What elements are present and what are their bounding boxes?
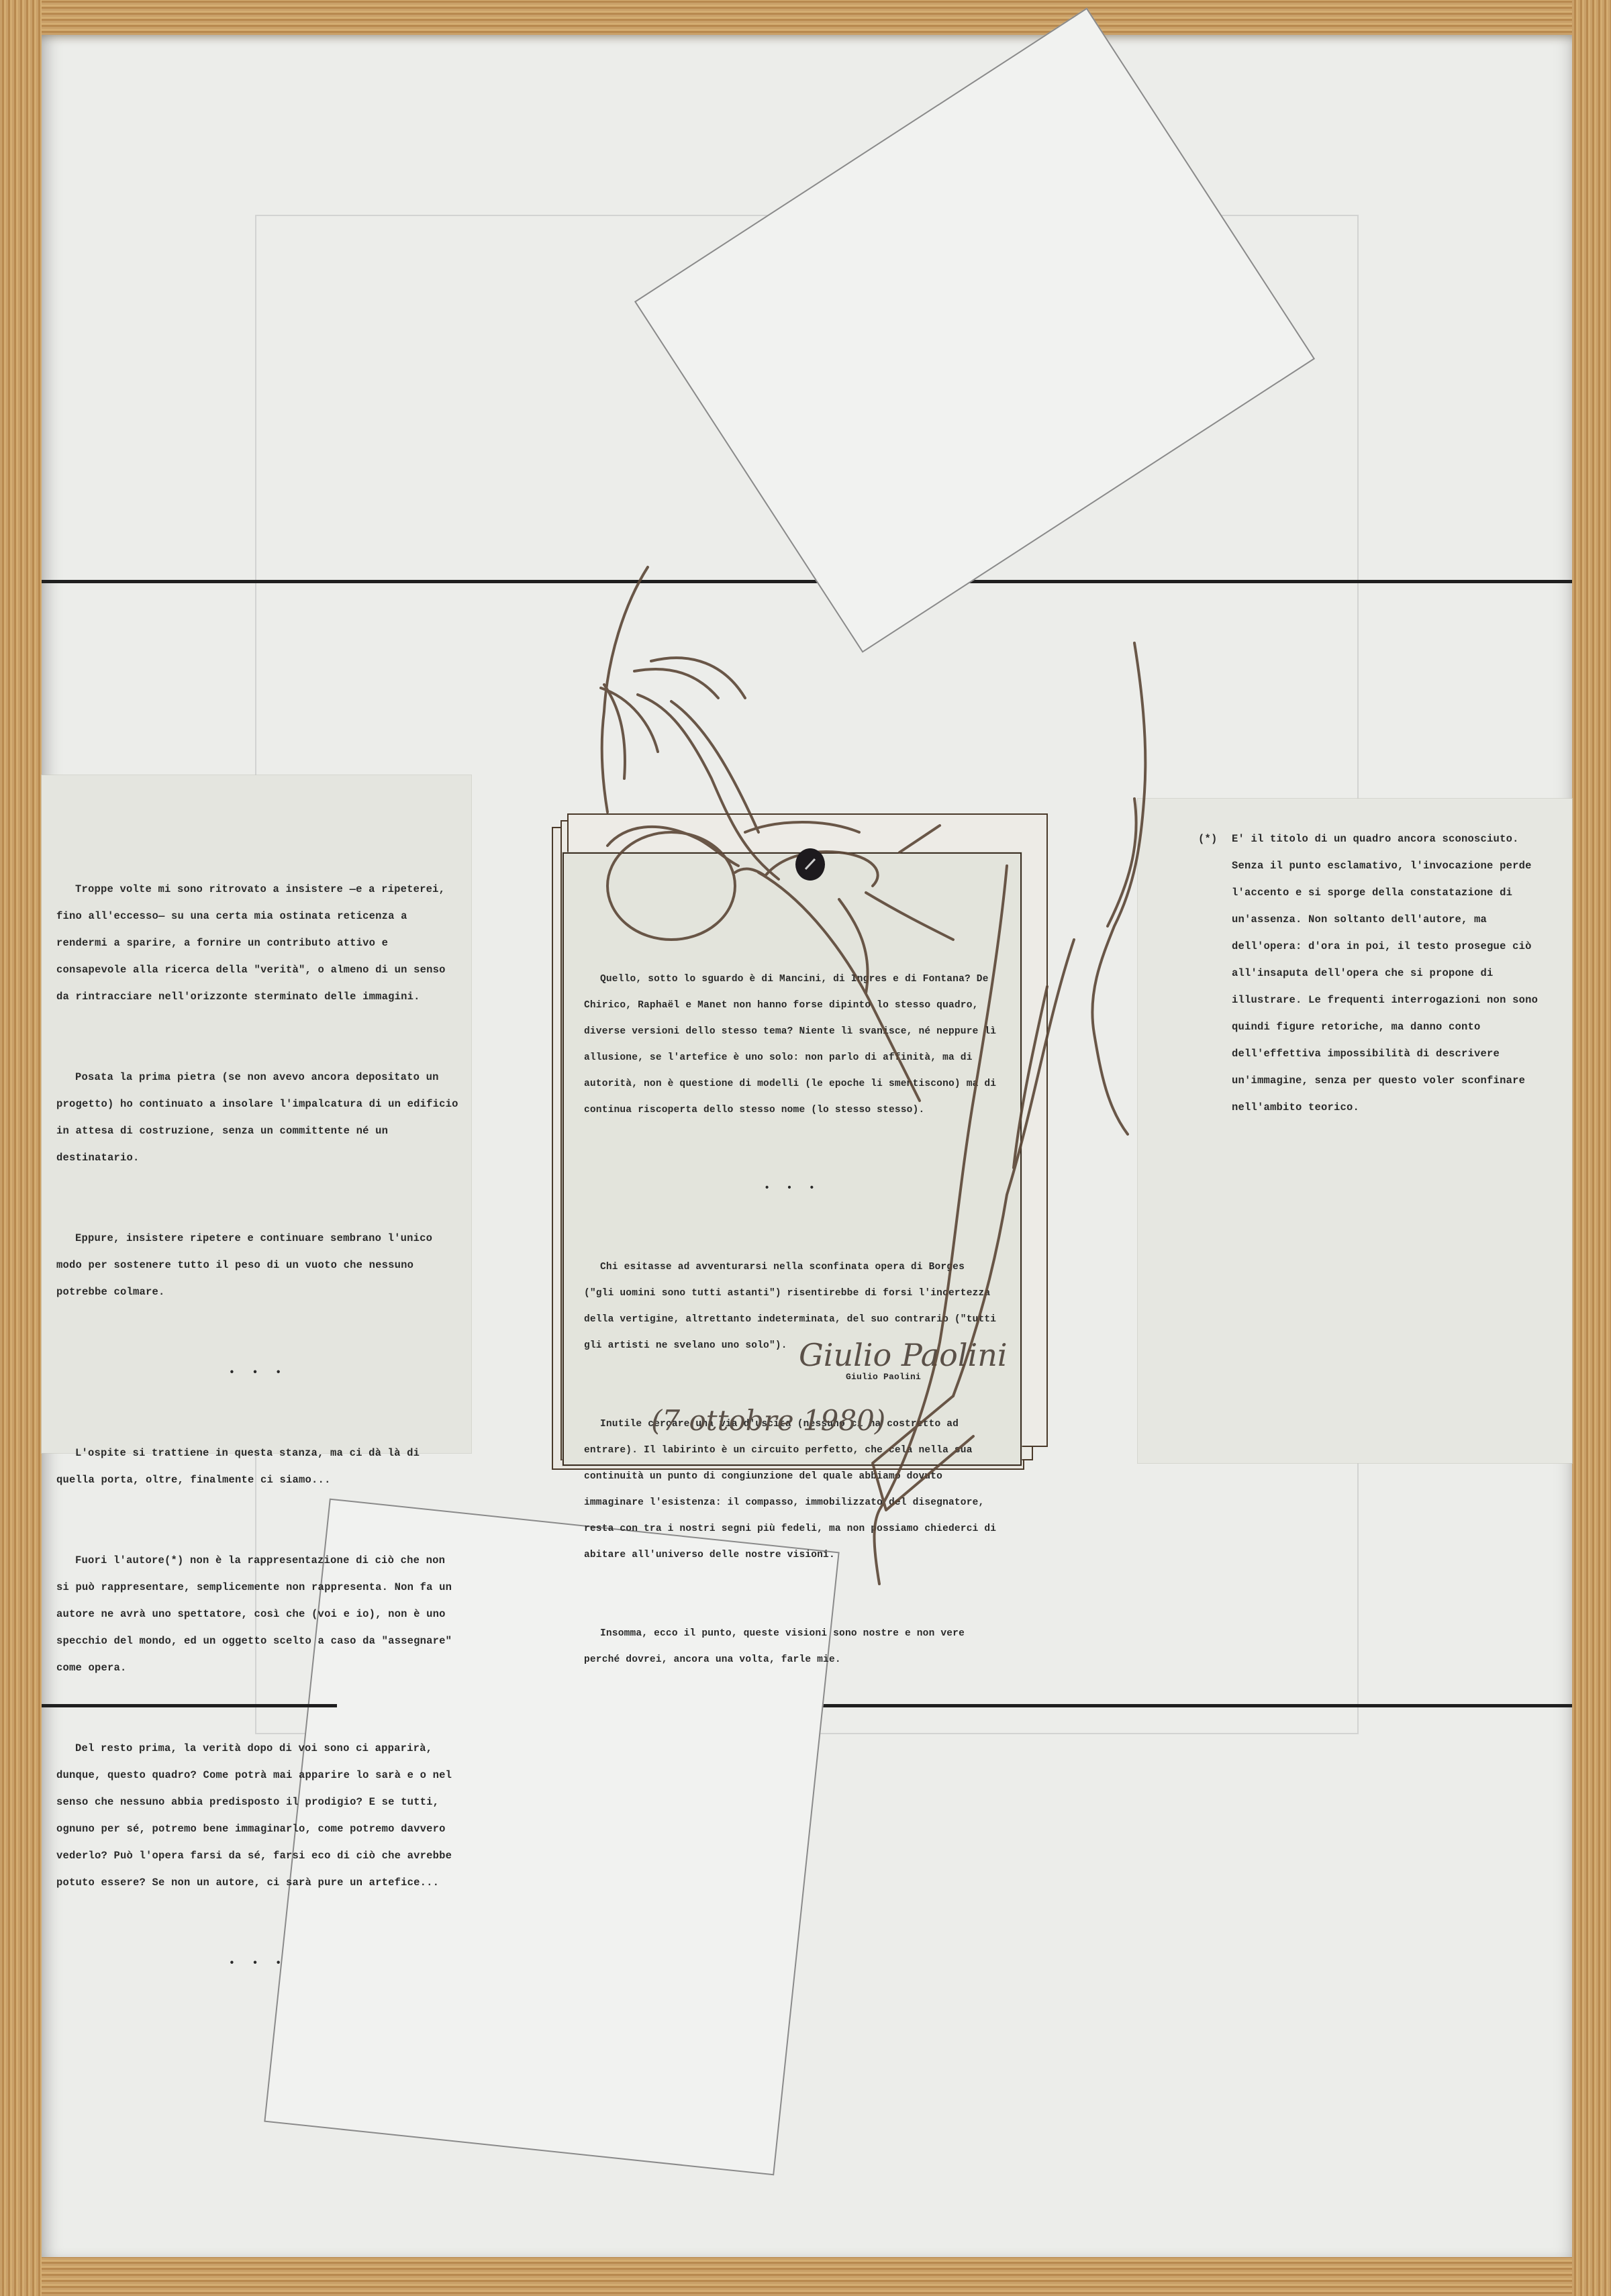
push-pin-icon <box>795 848 825 881</box>
head-outline-right-stroke <box>1092 643 1145 1134</box>
glasses-left-lens <box>607 832 735 940</box>
right-eyebrow <box>745 822 859 832</box>
cheek-long-stroke <box>875 866 1008 1584</box>
portrait-sketch-drawing <box>0 0 1611 2296</box>
